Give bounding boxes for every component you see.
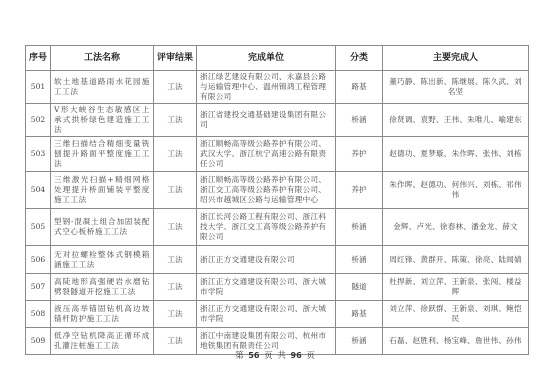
completing-unit-cell: 浙江顺畅高等级公路养护有限公司、浙江交工高等级公路养护有限公司、绍兴市越城区公路… <box>197 172 336 209</box>
table-row: 501软土地基道路雨水花园施工工法工法浙江绿艺建设有限公司、永嘉县公路与运输管理… <box>26 71 529 104</box>
main-contributors-cell: 刘立萍、徐跃群、王新泉、刘琪、鲍恺民 <box>383 301 529 328</box>
category-cell: 养护 <box>336 137 383 172</box>
row-number-cell: 505 <box>26 209 51 246</box>
footer-prefix: 第 <box>235 351 244 361</box>
method-name-cell: 三维扫描结合精细变量铣刨提升路面平整度施工工法 <box>51 137 154 172</box>
table-row: 508液压高举锚固钻机高边坡锚杆防护施工工法工法浙江正方交通建设有限公司、浙大城… <box>26 301 529 328</box>
page-footer: 第 56 页 共 96 页 <box>0 349 550 361</box>
method-name-cell: 无对拉螺栓整体式钢模箱涵施工工法 <box>51 246 154 274</box>
category-cell: 桥涵 <box>336 104 383 137</box>
main-contributors-cell: 金辉、卢光、徐春林、潘金龙、薛文 <box>383 209 529 246</box>
row-number-cell: 504 <box>26 172 51 209</box>
review-result-cell: 工法 <box>154 274 197 301</box>
current-page-number: 56 <box>248 351 259 360</box>
completing-unit-cell: 浙江正方交通建设有限公司、浙大城市学院 <box>197 274 336 301</box>
row-number-cell: 502 <box>26 104 51 137</box>
completing-unit-cell: 浙江省建投交通基础建设集团有限公司 <box>197 104 336 137</box>
table-header-row: 序号 工法名称 评审结果 完成单位 分类 主要完成人 <box>26 46 529 71</box>
category-cell: 桥涵 <box>336 209 383 246</box>
completing-unit-cell: 浙江绿艺建设有限公司、永嘉县公路与运输管理中心、温州锦鸿工程管理有限公司 <box>197 71 336 104</box>
table-row: 503三维扫描结合精细变量铣刨提升路面平整度施工工法工法浙江顺畅高等级公路养护有… <box>26 137 529 172</box>
category-cell: 养护 <box>336 172 383 209</box>
header-completing-unit: 完成单位 <box>197 46 336 71</box>
review-result-cell: 工法 <box>154 71 197 104</box>
construction-method-table: 序号 工法名称 评审结果 完成单位 分类 主要完成人 501软土地基道路雨水花园… <box>25 45 529 355</box>
main-contributors-cell: 杜捍新、刘立萍、王新泉、张闯、楼益辉 <box>383 274 529 301</box>
method-name-cell: 型钢-混凝土组合加固装配式空心板桥施工工法 <box>51 209 154 246</box>
category-cell: 桥涵 <box>336 246 383 274</box>
table-row: 504三维激光扫描+精细网格处理提升桥面铺装平整度施工工法工法浙江顺畅高等级公路… <box>26 172 529 209</box>
footer-suffix: 页 <box>306 351 315 361</box>
category-cell: 路基 <box>336 301 383 328</box>
header-review-result: 评审结果 <box>154 46 197 71</box>
header-category: 分类 <box>336 46 383 71</box>
main-contributors-cell: 赵德功、夏梦璇、朱作晖、张伟、刘栋 <box>383 137 529 172</box>
header-no: 序号 <box>26 46 51 71</box>
category-cell: 隧道 <box>336 274 383 301</box>
method-name-cell: 软土地基道路雨水花园施工工法 <box>51 71 154 104</box>
review-result-cell: 工法 <box>154 301 197 328</box>
row-number-cell: 501 <box>26 71 51 104</box>
review-result-cell: 工法 <box>154 209 197 246</box>
total-page-count: 96 <box>291 351 302 360</box>
method-name-cell: 高陡地形高强硬岩水磨钻劈裂隧道开挖施工工法 <box>51 274 154 301</box>
row-number-cell: 506 <box>26 246 51 274</box>
row-number-cell: 508 <box>26 301 51 328</box>
table-row: 502V形大峡谷生态敏感区上承式拱桥绿色建造施工工法工法浙江省建投交通基础建设集… <box>26 104 529 137</box>
footer-middle: 页 共 <box>264 351 286 361</box>
category-cell: 路基 <box>336 71 383 104</box>
completing-unit-cell: 浙江正方交通建设有限公司、浙大城市学院 <box>197 301 336 328</box>
method-name-cell: 三维激光扫描+精细网格处理提升桥面铺装平整度施工工法 <box>51 172 154 209</box>
row-number-cell: 503 <box>26 137 51 172</box>
review-result-cell: 工法 <box>154 172 197 209</box>
main-contributors-cell: 周红锋、黄群开、陈策、徐亮、陆闻婧 <box>383 246 529 274</box>
main-contributors-cell: 徐贤调、袁野、王伟、朱唯儿、喻建东 <box>383 104 529 137</box>
table-row: 506无对拉螺栓整体式钢模箱涵施工工法工法浙江正方交通建设有限公司桥涵周红锋、黄… <box>26 246 529 274</box>
header-method-name: 工法名称 <box>51 46 154 71</box>
method-name-cell: 液压高举锚固钻机高边坡锚杆防护施工工法 <box>51 301 154 328</box>
table-row: 507高陡地形高强硬岩水磨钻劈裂隧道开挖施工工法工法浙江正方交通建设有限公司、浙… <box>26 274 529 301</box>
completing-unit-cell: 浙江顺畅高等级公路养护有限公司、武汉大学、浙江杭宁高速公路有限责任公司 <box>197 137 336 172</box>
row-number-cell: 507 <box>26 274 51 301</box>
main-contributors-cell: 朱作晖、赵德功、何伟兴、刘栋、祁伟伟 <box>383 172 529 209</box>
main-contributors-cell: 董巧静、陈出新、陈继展、陈久武、刘名坚 <box>383 71 529 104</box>
table-row: 505型钢-混凝土组合加固装配式空心板桥施工工法工法浙江长河公路工程有限公司、浙… <box>26 209 529 246</box>
method-name-cell: V形大峡谷生态敏感区上承式拱桥绿色建造施工工法 <box>51 104 154 137</box>
review-result-cell: 工法 <box>154 104 197 137</box>
document-page: 序号 工法名称 评审结果 完成单位 分类 主要完成人 501软土地基道路雨水花园… <box>0 0 550 389</box>
header-main-contributors: 主要完成人 <box>383 46 529 71</box>
completing-unit-cell: 浙江长河公路工程有限公司、浙江科技大学、浙江交工高等级公路养护有限公司 <box>197 209 336 246</box>
completing-unit-cell: 浙江正方交通建设有限公司 <box>197 246 336 274</box>
review-result-cell: 工法 <box>154 246 197 274</box>
review-result-cell: 工法 <box>154 137 197 172</box>
